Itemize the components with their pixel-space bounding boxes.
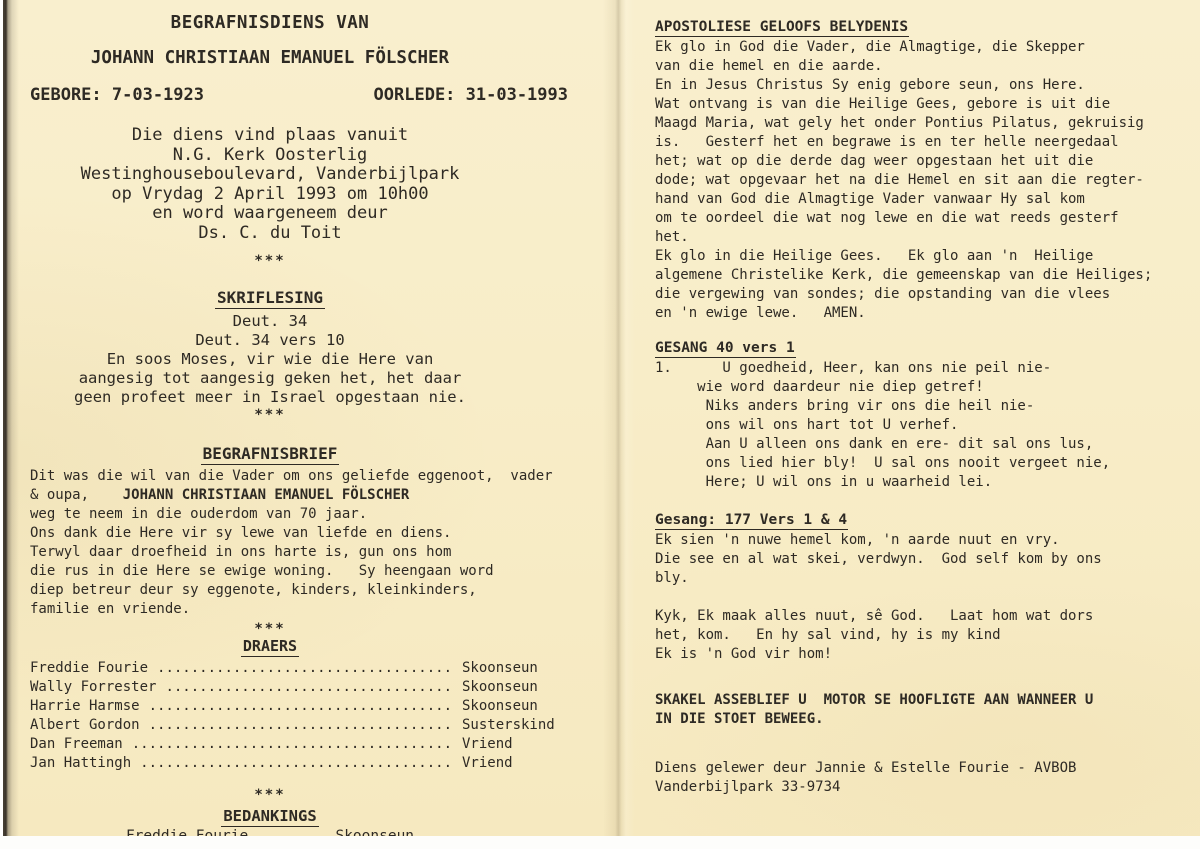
bearer-name: Freddie Fourie [30,659,148,678]
gesang177-text: Ek sien 'n nuwe hemel kom, 'n aarde nuut… [655,531,1155,664]
page-fold-shadow [603,0,635,836]
scan-left-edge [0,0,20,836]
bearer-role: Skoonseun [454,659,538,678]
bearer-row: Jan Hattingh............................… [30,754,568,773]
service-details: Die diens vind plaas vanuit N.G. Kerk Oo… [30,126,510,243]
draers-heading: DRAERS [241,637,299,657]
section-bedankings: BEDANKINGS [30,807,510,827]
gesang177-heading: Gesang: 177 Vers 1 & 4 [655,512,848,530]
scanned-funeral-program: { "colors": { "paper": "#f8edc8", "ink":… [0,0,1200,849]
skriflesing-text: Deut. 34 Deut. 34 vers 10 En soos Moses,… [30,312,510,407]
separator-asterisks: *** [30,253,510,269]
begrafnisbrief-text: Dit was die wil van die Vader om ons gel… [30,467,568,619]
bearer-name: Wally Forrester [30,678,156,697]
bearer-role: Skoonseun [454,697,538,716]
creed-heading: APOSTOLIESE GELOOFS BELYDENIS [655,19,909,37]
died-date: OORLEDE: 31-03-1993 [374,85,568,105]
dot-leader: ........................................… [165,678,454,697]
page-title: BEGRAFNISDIENS VAN [30,13,510,33]
creed-text: Ek glo in God die Vader, die Almagtige, … [655,38,1155,323]
bedankings-heading: BEDANKINGS [221,807,318,827]
skriflesing-heading: SKRIFLESING [215,288,325,309]
separator-asterisks: *** [30,407,510,423]
dot-leader: ........................................… [140,754,454,773]
bearer-row: Freddie Fourie..........................… [30,659,568,678]
bearer-name: Harrie Harmse [30,697,140,716]
separator-asterisks: *** [30,787,510,803]
bearer-name: Jan Hattingh [30,754,131,773]
bearer-role: Vriend [454,735,513,754]
separator-asterisks: *** [30,621,510,637]
bearer-name: Dan Freeman [30,735,123,754]
bearer-role: Vriend [454,754,513,773]
bearer-row: Harrie Harmse...........................… [30,697,568,716]
left-column: BEGRAFNISDIENS VAN JOHANN CHRISTIAAN EMA… [30,0,568,844]
brief-body: weg te neem in die ouderdom van 70 jaar.… [30,506,494,617]
gesang40-heading: GESANG 40 vers 1 [655,340,796,358]
dot-leader: ........................................… [132,735,454,754]
dot-leader: ........................................… [149,716,454,735]
right-column: APOSTOLIESE GELOOFS BELYDENIS Ek glo in … [655,0,1155,797]
gesang40-text: 1. U goedheid, Heer, kan ons nie peil ni… [655,359,1155,492]
section-gesang-40: GESANG 40 vers 1 [655,337,1155,358]
bearer-row: Dan Freeman.............................… [30,735,568,754]
born-date: GEBORE: 7-03-1923 [30,85,204,105]
section-skriflesing: SKRIFLESING [30,288,510,309]
bearers-list: Freddie Fourie..........................… [30,659,568,773]
section-creed: APOSTOLIESE GELOOFS BELYDENIS [655,16,1155,37]
dot-leader: ........................................… [149,697,454,716]
brief-line1: Dit was die wil van die Vader om ons gel… [30,468,553,484]
dates-row: GEBORE: 7-03-1923 OORLEDE: 31-03-1993 [30,85,568,105]
bearer-role: Susterskind [454,716,555,735]
bearer-row: Albert Gordon...........................… [30,716,568,735]
bearer-name: Albert Gordon [30,716,140,735]
bearer-role: Skoonseun [454,678,538,697]
paper-page: BEGRAFNISDIENS VAN JOHANN CHRISTIAAN EMA… [0,0,1200,836]
deceased-name: JOHANN CHRISTIAAN EMANUEL FÖLSCHER [30,48,510,68]
begrafnisbrief-heading: BEGRAFNISBRIEF [201,444,340,465]
brief-line2-prefix: & oupa, [30,487,123,503]
brief-deceased-name: JOHANN CHRISTIAAN EMANUEL FÖLSCHER [123,487,410,503]
section-draers: DRAERS [30,637,510,657]
dot-leader: ........................................… [157,659,454,678]
section-gesang-177: Gesang: 177 Vers 1 & 4 [655,509,1155,530]
section-begrafnisbrief: BEGRAFNISBRIEF [30,444,510,465]
undertaker-note: Diens gelewer deur Jannie & Estelle Four… [655,759,1155,797]
bearer-row: Wally Forrester.........................… [30,678,568,697]
headlights-notice: SKAKEL ASSEBLIEF U MOTOR SE HOOFLIGTE AA… [655,691,1155,729]
scan-bottom-edge [0,836,1200,849]
